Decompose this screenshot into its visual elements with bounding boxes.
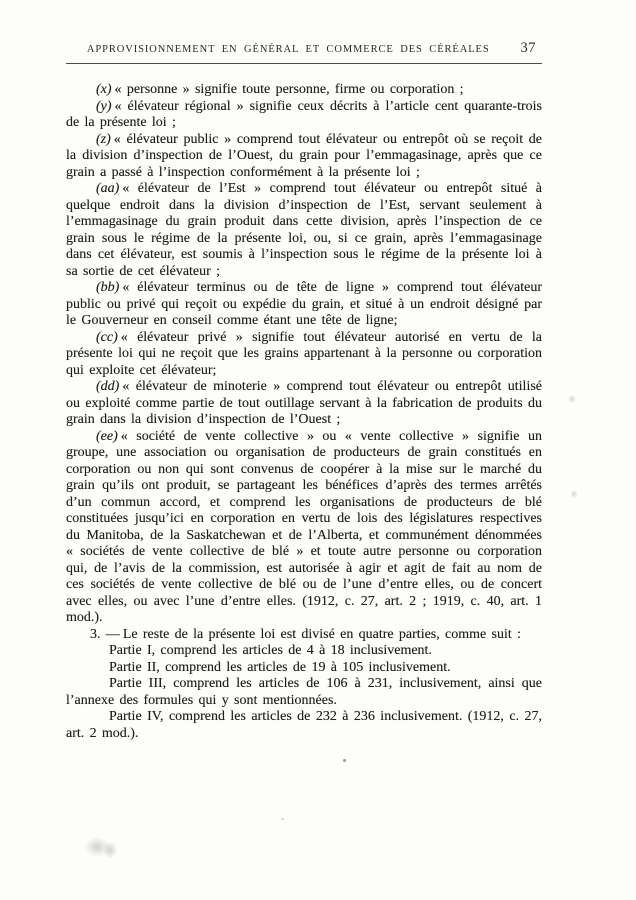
page-number: 37: [521, 40, 537, 57]
definition-paragraph-dd: (dd)« élévateur de minoterie » comprend …: [66, 379, 542, 429]
scan-speck: [281, 818, 284, 820]
definition-paragraph-aa: (aa)« élévateur de l’Est » comprend tout…: [66, 181, 542, 280]
clause-marker: (aa): [96, 181, 122, 196]
part-text: Partie I, comprend les articles de 4 à 1…: [109, 643, 432, 658]
clause-marker: (ee): [96, 429, 121, 444]
part-iii-line: Partie III, comprend les articles de 106…: [66, 676, 542, 709]
header-rule: [66, 63, 542, 64]
scan-smudge: [80, 833, 114, 861]
header-title: APPROVISIONNEMENT EN GÉNÉRAL ET COMMERCE…: [66, 44, 511, 55]
part-text: Partie IV, comprend les articles de 232 …: [66, 709, 542, 741]
clause-marker: (dd): [96, 379, 122, 394]
page-body: (x)« personne » signifie toute personne,…: [66, 82, 542, 742]
clause-text: « élévateur public » comprend tout éléva…: [66, 132, 542, 180]
part-text: Partie II, comprend les articles de 19 à…: [109, 660, 451, 675]
clause-marker: (z): [96, 132, 114, 147]
running-header: APPROVISIONNEMENT EN GÉNÉRAL ET COMMERCE…: [66, 40, 542, 57]
section-3-paragraph: 3. —Le reste de la présente loi est divi…: [66, 627, 542, 644]
scan-smudge: [100, 838, 120, 862]
definition-paragraph-y: (y)« élévateur régional » signifie ceux …: [66, 99, 542, 132]
clause-marker: (x): [96, 82, 115, 97]
clause-text: « élévateur de minoterie » comprend tout…: [66, 379, 542, 427]
definition-paragraph-cc: (cc)« élévateur privé » signifie tout él…: [66, 330, 542, 380]
section-text: Le reste de la présente loi est divisé e…: [123, 627, 521, 642]
scan-speck: [343, 759, 346, 762]
part-text: Partie III, comprend les articles de 106…: [66, 676, 542, 708]
clause-marker: (cc): [96, 330, 121, 345]
part-ii-line: Partie II, comprend les articles de 19 à…: [66, 660, 542, 677]
section-number: 3. —: [90, 627, 123, 642]
part-i-line: Partie I, comprend les articles de 4 à 1…: [66, 643, 542, 660]
clause-marker: (y): [96, 99, 115, 114]
scanned-page: APPROVISIONNEMENT EN GÉNÉRAL ET COMMERCE…: [0, 0, 636, 900]
definition-paragraph-ee: (ee)« société de vente collective » ou «…: [66, 429, 542, 627]
definition-paragraph-z: (z)« élévateur public » comprend tout él…: [66, 132, 542, 182]
page-content: APPROVISIONNEMENT EN GÉNÉRAL ET COMMERCE…: [66, 40, 542, 742]
part-iv-line: Partie IV, comprend les articles de 232 …: [66, 709, 542, 742]
clause-marker: (bb): [96, 280, 122, 295]
clause-text: « élévateur privé » signifie tout élévat…: [66, 330, 542, 378]
scan-smudge: [569, 488, 579, 500]
clause-text: « société de vente collective » ou « ven…: [66, 429, 542, 626]
clause-text: « élévateur de l’Est » comprend tout élé…: [66, 181, 542, 279]
scan-smudge: [567, 393, 577, 405]
clause-text: « élévateur régional » signifie ceux déc…: [66, 99, 542, 131]
definition-paragraph-x: (x)« personne » signifie toute personne,…: [66, 82, 542, 99]
clause-text: « personne » signifie toute personne, fi…: [115, 82, 464, 97]
clause-text: « élévateur terminus ou de tête de ligne…: [66, 280, 542, 328]
definition-paragraph-bb: (bb)« élévateur terminus ou de tête de l…: [66, 280, 542, 330]
